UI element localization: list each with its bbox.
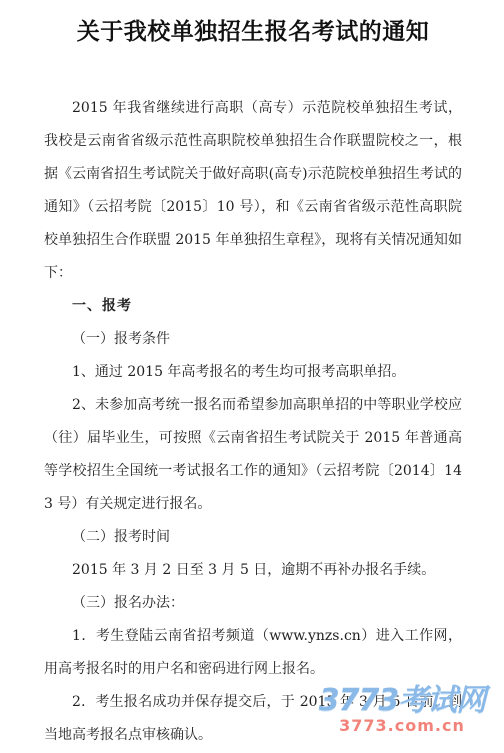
watermark: 3773考试网 3773.com.cn (304, 686, 500, 734)
section-heading-baokao: 一、报考 (44, 290, 462, 323)
subheading-registration-method: （三）报名办法： (44, 587, 462, 620)
watermark-logo-text: 3773考试网 (304, 686, 500, 716)
document-page: 关于我校单独招生报名考试的通知 2015 年我省继续进行高职（高专）示范院校单独… (0, 0, 504, 753)
condition-item-1: 1、通过 2015 年高考报名的考生均可报考高职单招。 (44, 356, 462, 389)
watermark-domain-text: 3773.com.cn (304, 718, 500, 734)
subheading-registration-time: （二）报考时间 (44, 521, 462, 554)
subheading-conditions: （一）报考条件 (44, 323, 462, 356)
page-title: 关于我校单独招生报名考试的通知 (44, 14, 462, 50)
method-item-1: 1．考生登陆云南省招考频道（www.ynzs.cn）进入工作网，用高考报名时的用… (44, 620, 462, 686)
condition-item-2: 2、未参加高考统一报名而希望参加高职单招的中等职业学校应（往）届毕业生，可按照《… (44, 389, 462, 521)
registration-time-text: 2015 年 3 月 2 日至 3 月 5 日，逾期不再补办报名手续。 (44, 554, 462, 587)
intro-paragraph: 2015 年我省继续进行高职（高专）示范院校单独招生考试，我校是云南省省级示范性… (44, 92, 462, 290)
